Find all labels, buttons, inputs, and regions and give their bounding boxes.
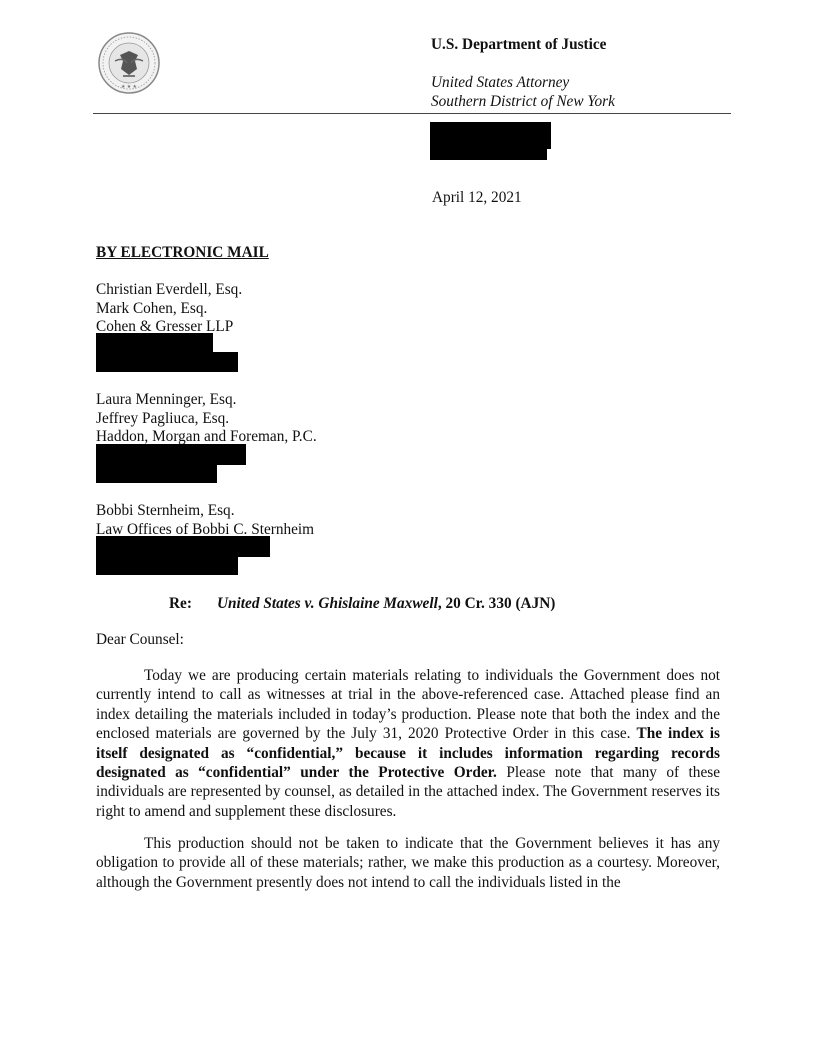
body-paragraph-1: Today we are producing certain materials… bbox=[96, 666, 720, 821]
recipient-name: Jeffrey Pagliuca, Esq. bbox=[96, 410, 317, 429]
redaction-recipient-address-1 bbox=[96, 333, 213, 353]
office-line-1: United States Attorney bbox=[431, 73, 615, 92]
office-name: United States Attorney Southern District… bbox=[431, 73, 615, 111]
paragraph-2-text: This production should not be taken to i… bbox=[96, 834, 720, 892]
paragraph-1-text: Today we are producing certain materials… bbox=[96, 667, 720, 742]
body-paragraph-2: This production should not be taken to i… bbox=[96, 834, 720, 892]
reference-line: Re:United States v. Ghislaine Maxwell, 2… bbox=[169, 595, 555, 613]
case-name: United States v. Ghislaine Maxwell bbox=[217, 595, 438, 612]
svg-text:★ ★ ★: ★ ★ ★ bbox=[121, 84, 137, 90]
doj-seal-icon: ★ ★ ★ bbox=[93, 31, 165, 95]
salutation: Dear Counsel: bbox=[96, 631, 184, 649]
letter-date: April 12, 2021 bbox=[432, 189, 522, 207]
redaction-sender-address-2 bbox=[430, 148, 547, 160]
letterhead-divider bbox=[93, 113, 731, 114]
redaction-recipient-address-2b bbox=[96, 464, 217, 483]
redaction-recipient-address-3 bbox=[96, 536, 270, 557]
recipient-name: Christian Everdell, Esq. bbox=[96, 281, 242, 300]
office-line-2: Southern District of New York bbox=[431, 92, 615, 111]
recipient-block-1: Christian Everdell, Esq. Mark Cohen, Esq… bbox=[96, 281, 242, 337]
delivery-method: BY ELECTRONIC MAIL bbox=[96, 244, 269, 262]
reference-label: Re: bbox=[169, 595, 217, 613]
redaction-recipient-address-2 bbox=[96, 444, 246, 465]
redaction-recipient-address-1b bbox=[96, 352, 238, 372]
redaction-recipient-address-3b bbox=[96, 556, 238, 575]
case-number: , 20 Cr. 330 (AJN) bbox=[438, 595, 556, 612]
department-name: U.S. Department of Justice bbox=[431, 36, 606, 54]
redaction-sender-address bbox=[430, 122, 551, 149]
recipient-block-3: Bobbi Sternheim, Esq. Law Offices of Bob… bbox=[96, 502, 314, 539]
recipient-name: Mark Cohen, Esq. bbox=[96, 300, 242, 319]
recipient-block-2: Laura Menninger, Esq. Jeffrey Pagliuca, … bbox=[96, 391, 317, 447]
recipient-name: Bobbi Sternheim, Esq. bbox=[96, 502, 314, 521]
recipient-name: Laura Menninger, Esq. bbox=[96, 391, 317, 410]
